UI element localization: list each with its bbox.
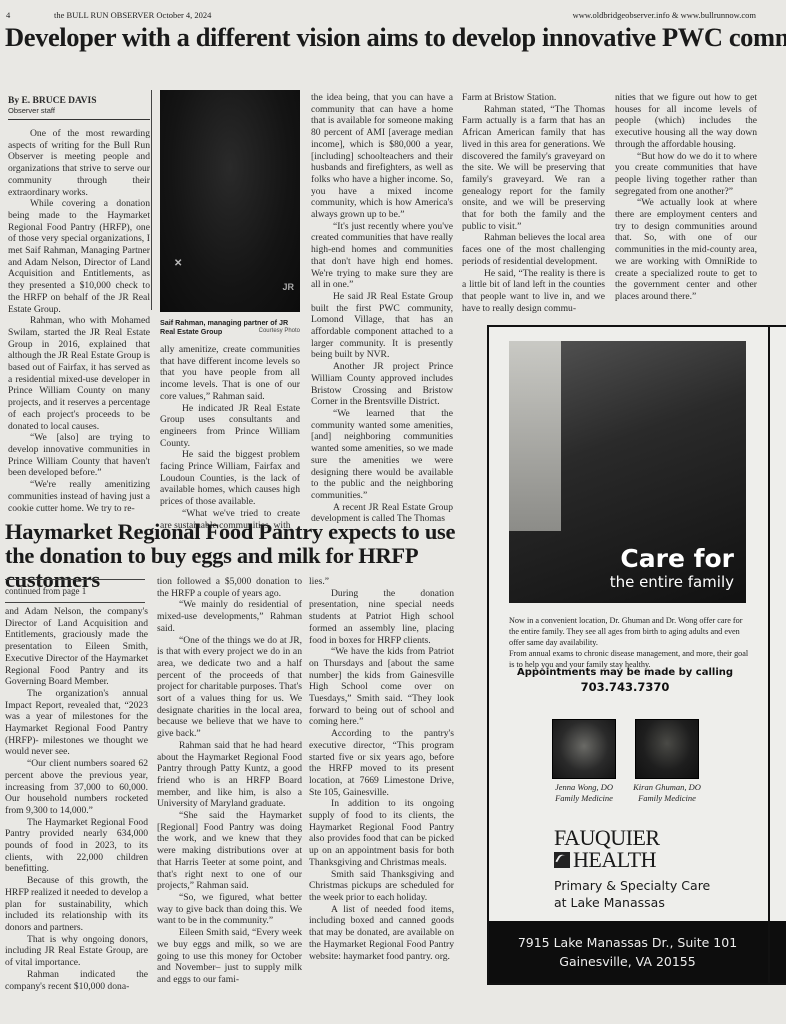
paragraph: “She said the Haymarket [Regional] Food … [157,810,302,892]
paragraph: He indicated JR Real Estate Group uses c… [160,403,300,450]
paragraph: Because of this growth, the HRFP realize… [5,875,148,934]
fauquier-health-logo: FAUQUIER HEALTH [554,827,660,871]
brand-line-1: FAUQUIER [554,827,660,849]
ad-paragraph: Now in a convenient location, Dr. Ghuman… [509,615,749,648]
ad-family-photo: Care for the entire family [509,341,746,603]
address-line-2: Gainesville, VA 20155 [489,952,766,971]
ad-tagline: Care for the entire family [610,545,734,591]
continued-from-label: continued from page 1 [5,579,145,603]
jr-logo-icon: JR [282,282,294,292]
article2-column-2: tion followed a $5,000 donation to the H… [157,576,302,986]
paragraph: lies.” [309,576,454,588]
paragraph: Rahman, who with Mohamed Swilam, started… [8,315,150,432]
paragraph: “We have the kids from Patriot on Thursd… [309,646,454,728]
article2-column-1: and Adam Nelson, the company's Director … [5,606,148,992]
photo-credit: Courtesy Photo [259,327,300,336]
paragraph: “We [also] are trying to develop innovat… [8,432,150,479]
tagline-small: the entire family [610,573,734,591]
paragraph: “We learned that the community wanted so… [311,408,453,502]
article1-headline: Developer with a different vision aims t… [5,22,785,52]
paragraph: Farm at Bristow Station. [462,92,605,104]
paragraph: Smith said Thanksgiving and Christmas pi… [309,869,454,904]
ad-border [768,325,770,985]
byline-rule [8,119,150,120]
paragraph: Rahman indicated the company's recent $1… [5,969,148,992]
paragraph: During the donation presentation, nine s… [309,588,454,647]
doctor-specialty: Family Medicine [544,793,624,804]
photo-background [509,341,561,531]
article1-column-2: ally amenitize, create communities that … [160,344,300,531]
address-line-1: 7915 Lake Manassas Dr., Suite 101 [489,933,766,952]
doctor-photo-ghuman [635,719,699,779]
doctor-name: Jenna Wong, DO [544,782,624,793]
paragraph: “Our client numbers soared 62 percent ab… [5,758,148,817]
paragraph: “It's just recently where you've created… [311,221,453,291]
paragraph: A list of needed food items, including b… [309,904,454,963]
brand-line-2: HEALTH [573,847,656,872]
article1-column-1: One of the most rewarding aspects of wri… [8,128,150,514]
doctor-name: Kiran Ghuman, DO [627,782,707,793]
paragraph: Eileen Smith said, “Every week we buy eg… [157,927,302,986]
ad-address-bar: 7915 Lake Manassas Dr., Suite 101 Gaines… [489,921,786,983]
byline-role: Observer staff [8,106,150,115]
paragraph: One of the most rewarding aspects of wri… [8,128,150,198]
paragraph: “We actually look at where there are emp… [615,197,757,302]
doctor-name-ghuman: Kiran Ghuman, DO Family Medicine [627,782,707,804]
doctor-specialty: Family Medicine [627,793,707,804]
subtitle-line-2: at Lake Manassas [554,894,710,911]
leaf-icon [554,852,570,868]
paragraph: In addition to its ongoing supply of foo… [309,798,454,868]
tagline-big: Care for [610,545,734,573]
paragraph: “But how do we do it to where you create… [615,151,757,198]
appointment-callout: Appointments may be made by calling 703.… [489,665,761,695]
doctor-name-wong: Jenna Wong, DO Family Medicine [544,782,624,804]
paragraph: “We mainly do residential of mixed-use d… [157,599,302,634]
byline-author: By E. BRUCE DAVIS [8,96,150,106]
appointment-text: Appointments may be made by calling [489,665,761,680]
paragraph: The organization's annual Impact Report,… [5,688,148,758]
photo-caption: Saif Rahman, managing partner of JR Real… [160,318,300,336]
paragraph: According to the pantry's executive dire… [309,728,454,798]
paragraph: and Adam Nelson, the company's Director … [5,606,148,688]
publication-dateline: the BULL RUN OBSERVER October 4, 2024 [54,10,211,20]
shirt-logo-icon: ✕ [174,258,182,269]
ad-body-text: Now in a convenient location, Dr. Ghuman… [509,615,749,670]
portrait-photo: ✕ JR [160,90,300,312]
article1-column-4: Farm at Bristow Station. Rahman stated, … [462,92,605,314]
paragraph: Rahman believes the local area faces one… [462,232,605,267]
page-number: 4 [6,10,10,20]
newspaper-page: 4 the BULL RUN OBSERVER October 4, 2024 … [0,0,786,1024]
article2-column-3: lies.” During the donation presentation,… [309,576,454,962]
paragraph: Another JR project Prince William County… [311,361,453,408]
paragraph: “We're really amenitizing communities in… [8,479,150,514]
article1-column-3: the idea being, that you can have a comm… [311,92,453,525]
paragraph: Rahman said that he had heard about the … [157,740,302,810]
subtitle-line-1: Primary & Specialty Care [554,877,710,894]
paragraph: While covering a donation being made to … [8,198,150,315]
websites: www.oldbridgeobserver.info & www.bullrun… [573,10,756,20]
paragraph: That is why ongoing donors, including JR… [5,934,148,969]
paragraph: nities that we figure out how to get hou… [615,92,757,151]
phone-number: 703.743.7370 [489,680,761,695]
ad-subtitle: Primary & Specialty Care at Lake Manassa… [554,877,710,911]
paragraph: the idea being, that you can have a comm… [311,92,453,221]
paragraph: “One of the things we do at JR, is that … [157,635,302,740]
article1-column-5: nities that we figure out how to get hou… [615,92,757,303]
paragraph: ally amenitize, create communities that … [160,344,300,403]
fauquier-health-advertisement: Care for the entire family Now in a conv… [487,325,786,985]
paragraph: He said JR Real Estate Group built the f… [311,291,453,361]
paragraph: tion followed a $5,000 donation to the H… [157,576,302,599]
column-rule [151,90,152,310]
byline: By E. BRUCE DAVIS Observer staff [8,96,150,120]
doctor-photo-wong [552,719,616,779]
paragraph: He said the biggest problem facing Princ… [160,449,300,508]
paragraph: Rahman stated, “The Thomas Farm actually… [462,104,605,233]
paragraph: “So, we figured, what better way to give… [157,892,302,927]
paragraph: He said, “The reality is there is a litt… [462,268,605,315]
paragraph: The Haymarket Regional Food Pantry provi… [5,817,148,876]
